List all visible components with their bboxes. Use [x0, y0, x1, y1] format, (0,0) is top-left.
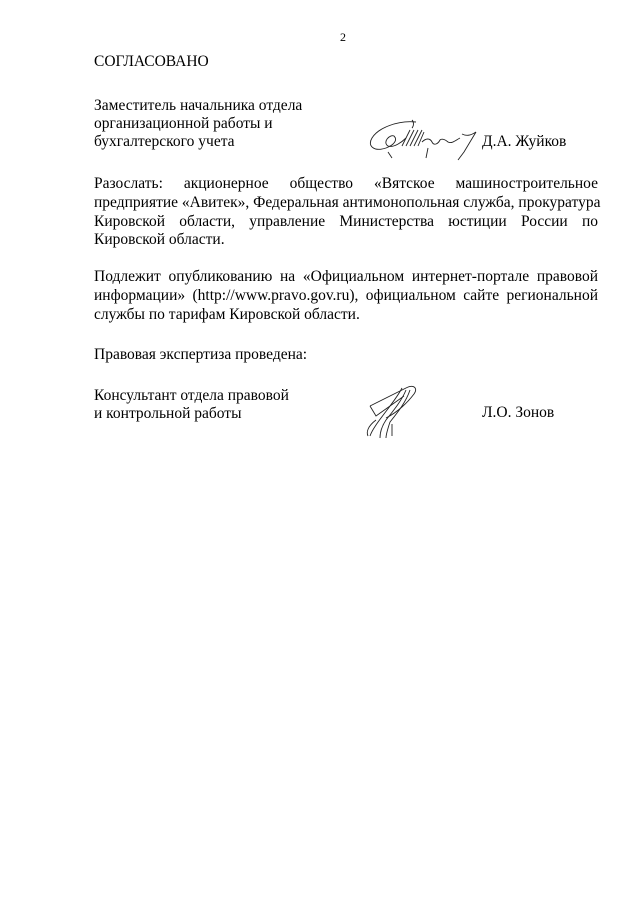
distribution-line: предприятие «Авитек», Федеральная антимо…	[94, 194, 598, 213]
signature-zhuykov-icon	[368, 118, 480, 162]
position-line: бухгалтерского учета	[94, 133, 302, 151]
position-line: организационной работы и	[94, 115, 302, 133]
distribution-line: Разослать: акционерное общество «Вятское…	[94, 175, 598, 194]
approval-signer-name: Д.А. Жуйков	[482, 133, 566, 151]
signature-zonov-icon	[362, 384, 428, 440]
distribution-line: Кировской области, управление Министерст…	[94, 213, 598, 232]
legal-review-signer-position: Консультант отдела правовой и контрольно…	[94, 387, 289, 423]
approval-heading: СОГЛАСОВАНО	[94, 53, 209, 71]
publication-line: службы по тарифам Кировской области.	[94, 306, 598, 325]
legal-review-statement: Правовая экспертиза проведена:	[94, 346, 307, 364]
legal-review-signer-name: Л.О. Зонов	[482, 404, 554, 422]
position-line: Консультант отдела правовой	[94, 387, 289, 405]
publication-line: информации» (http://www.pravo.gov.ru), о…	[94, 287, 598, 306]
position-line: Заместитель начальника отдела	[94, 97, 302, 115]
publication-paragraph: Подлежит опубликованию на «Официальном и…	[94, 268, 598, 324]
publication-line: Подлежит опубликованию на «Официальном и…	[94, 268, 598, 287]
distribution-paragraph: Разослать: акционерное общество «Вятское…	[94, 175, 598, 250]
approval-signer-position: Заместитель начальника отдела организаци…	[94, 97, 302, 151]
position-line: и контрольной работы	[94, 405, 289, 423]
page-number: 2	[0, 30, 640, 44]
distribution-line: Кировской области.	[94, 231, 598, 250]
